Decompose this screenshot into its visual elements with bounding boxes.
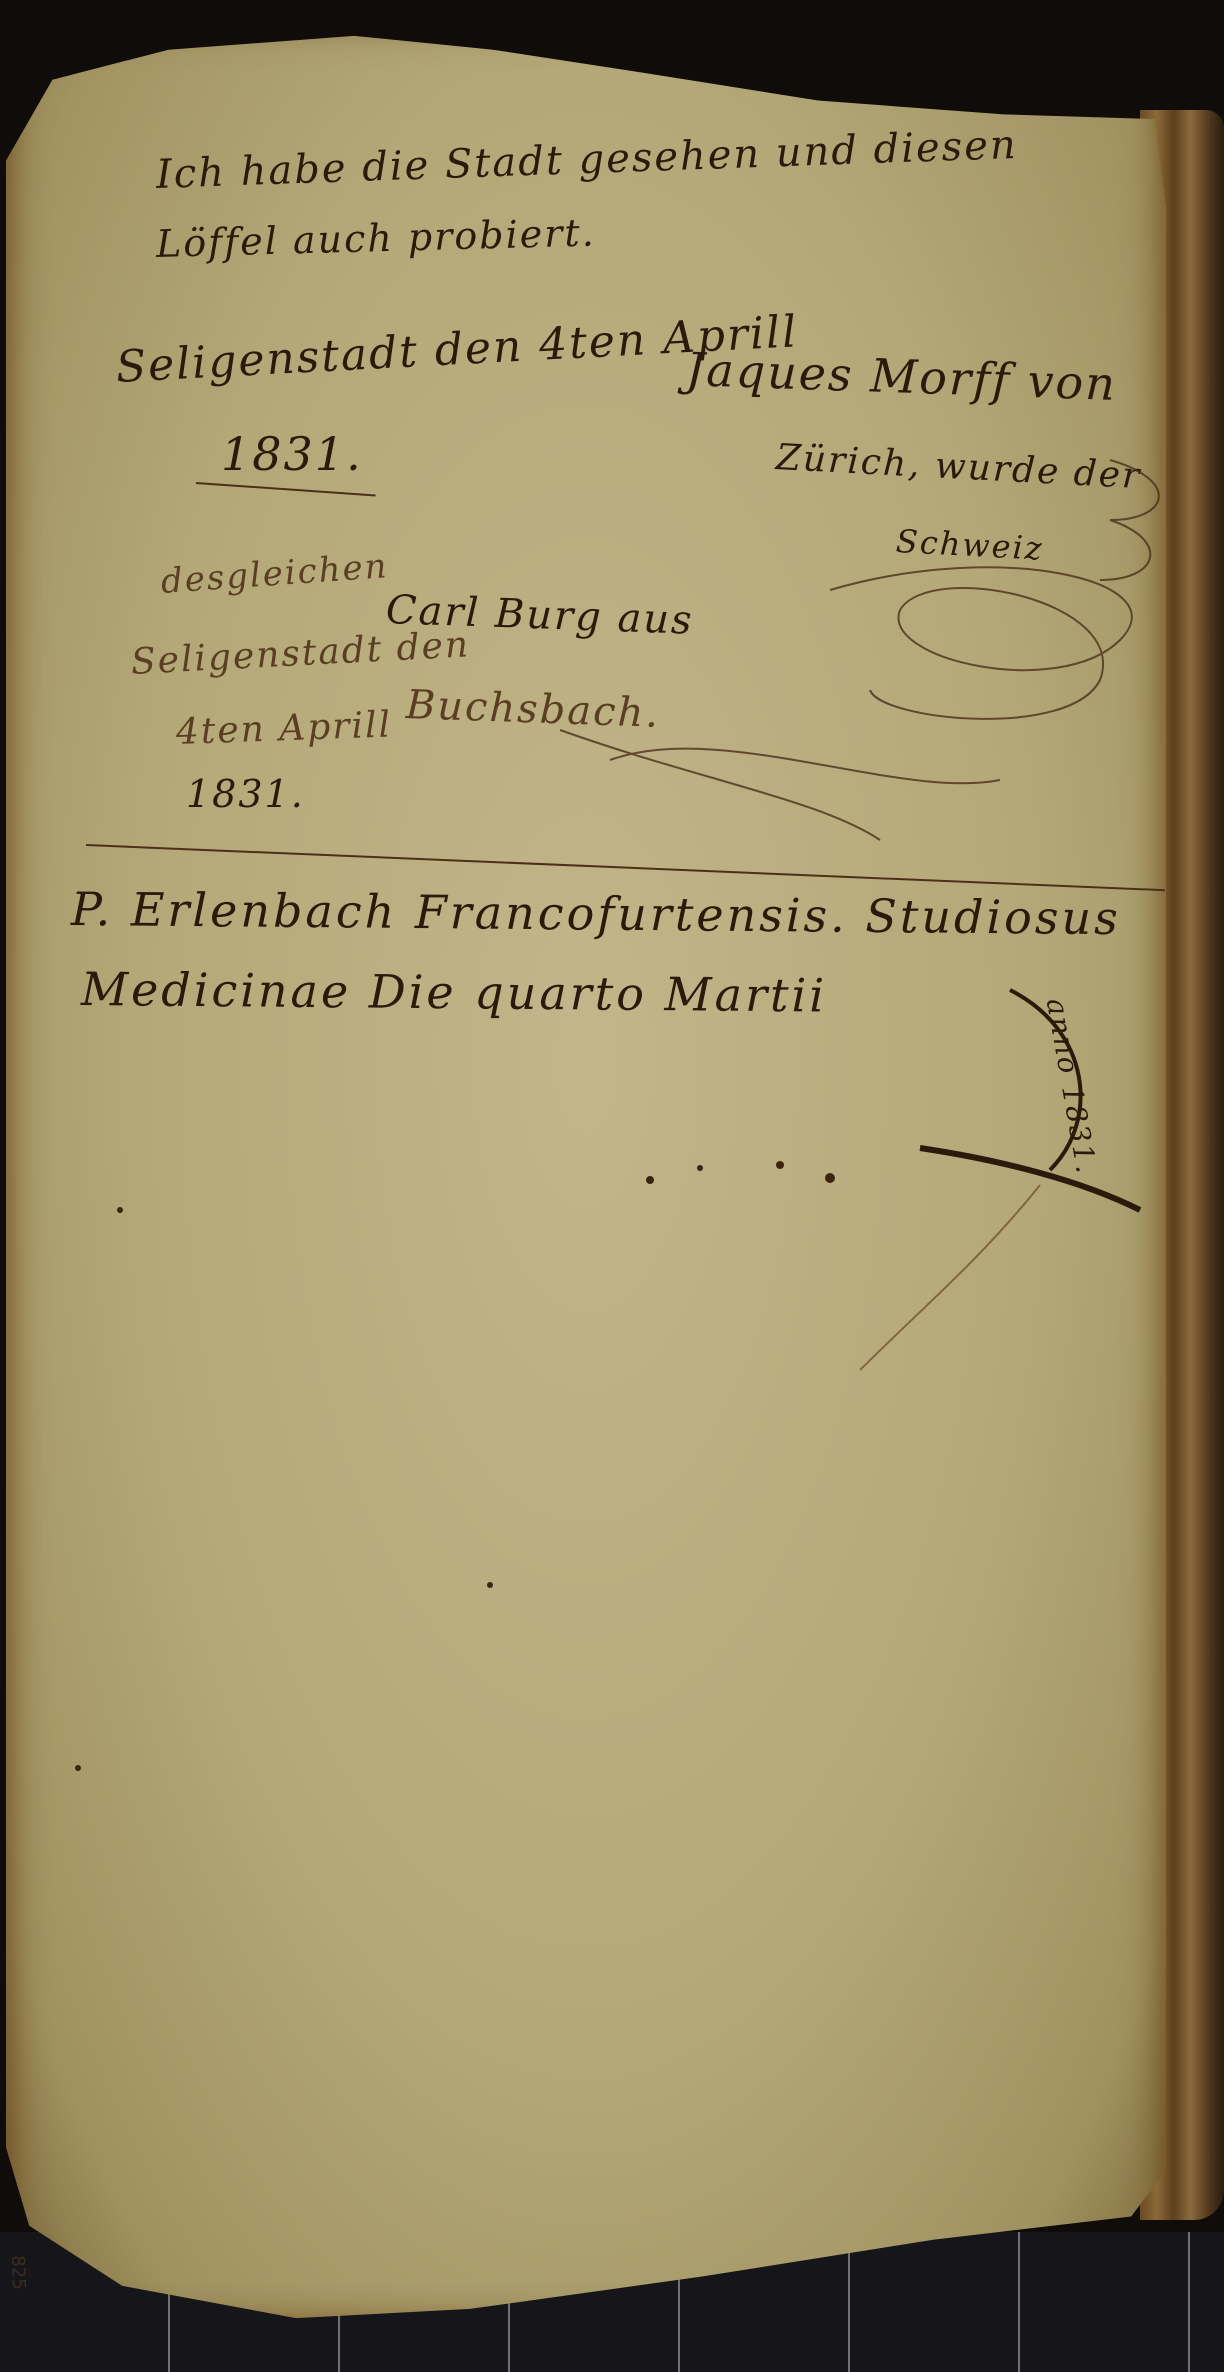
entry-3-line-3: 4ten Aprill [175, 704, 392, 753]
entry-3-signature-2: Buchsbach. [405, 682, 661, 737]
entry-2-origin-2: Schweiz [895, 522, 1045, 568]
entry-2-signature: Jaques Morff von [685, 342, 1118, 411]
entry-1-line-1: Ich habe die Stadt gesehen und diesen [155, 122, 1018, 198]
manuscript-page: Ich habe die Stadt gesehen und diesen Lö… [6, 22, 1166, 2332]
entry-4-line-1: P. Erlenbach Francofurtensis. Studiosus [71, 882, 1121, 945]
entry-3-line-1: desgleichen [160, 546, 390, 602]
entry-4-line-2: Medicinae Die quarto Martii [81, 962, 827, 1023]
entry-4-year-note: anno 1831. [1040, 996, 1104, 1178]
entry-1-line-2: Löffel auch probiert. [155, 210, 596, 265]
entry-2-underline [196, 482, 376, 497]
entry-3-line-4: 1831. [186, 772, 305, 816]
page-number: 825 [7, 2255, 29, 2290]
entry-2-year: 1831. [221, 427, 363, 481]
entry-2-origin-1: Zürich, wurde der [775, 437, 1142, 497]
